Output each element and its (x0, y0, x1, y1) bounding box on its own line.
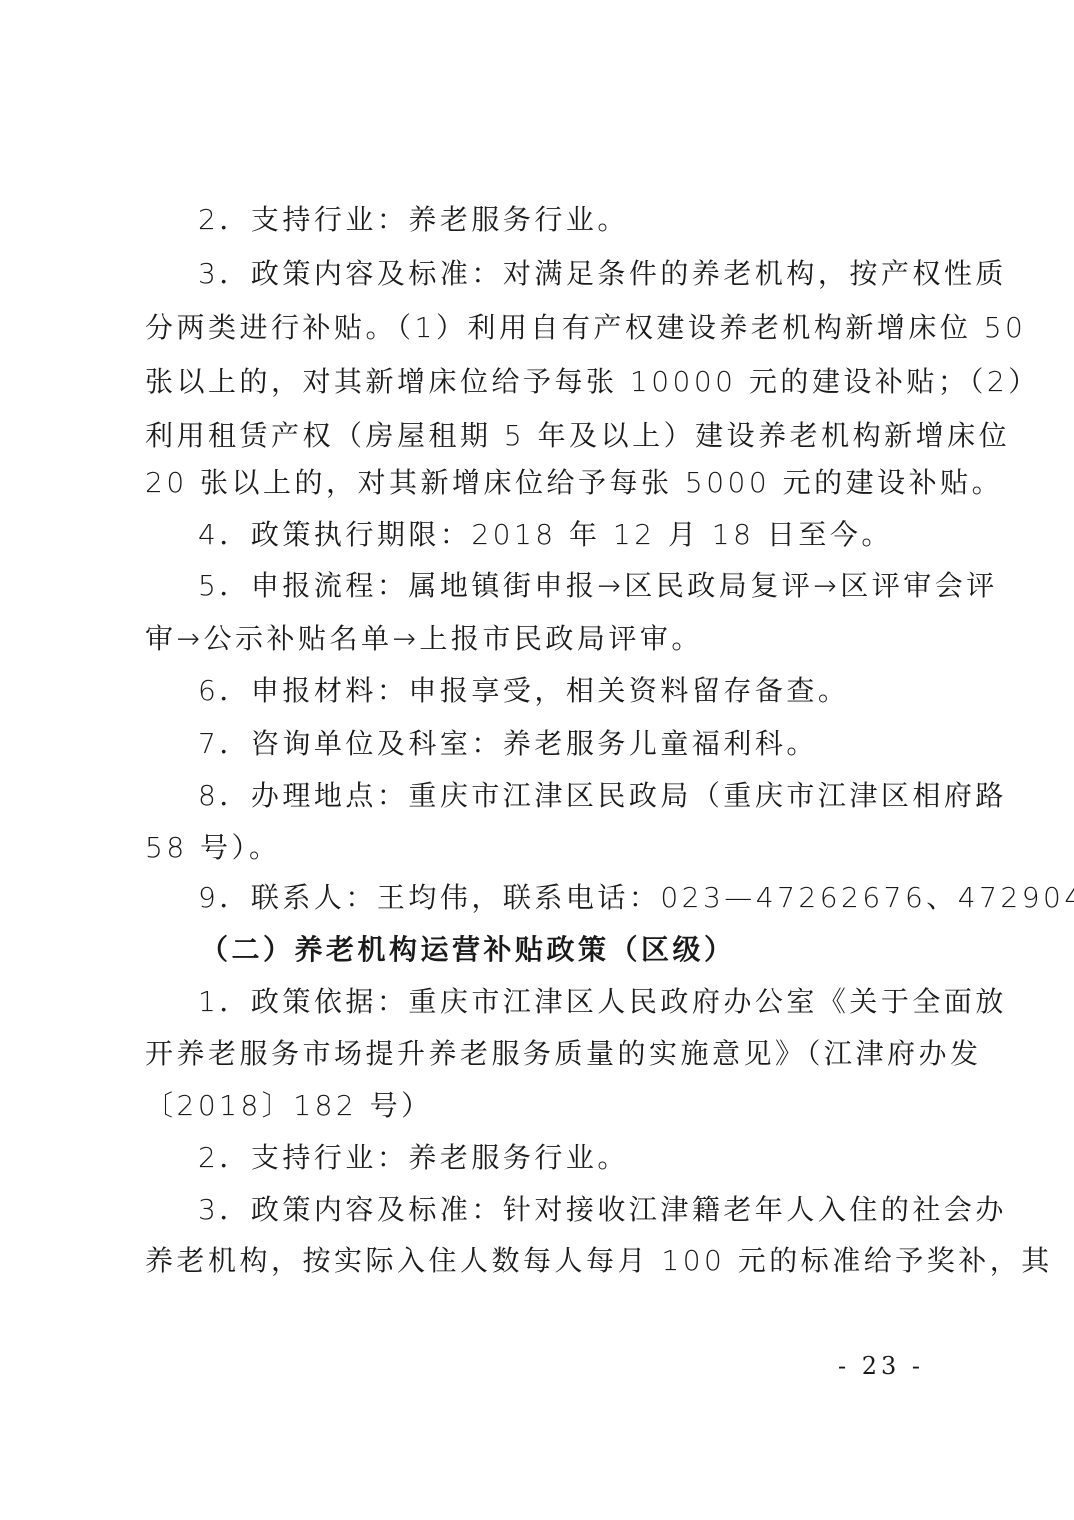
paragraph-line: 审→公示补贴名单→上报市民政局评审。 (145, 621, 703, 657)
contact-line: 9．联系人：王均伟，联系电话：023—47262676、47290422。 (198, 880, 1074, 916)
page-number: - 23 - (838, 1352, 924, 1380)
paragraph-line: 5．申报流程：属地镇街申报→区民政局复评→区评审会评 (198, 568, 998, 604)
paragraph-line: 4．政策执行期限：2018 年 12 月 18 日至今。 (198, 517, 893, 553)
paragraph-line: 58 号）。 (145, 830, 281, 866)
paragraph-line: 3．政策内容及标准：针对接收江津籍老年人入住的社会办 (198, 1192, 1007, 1228)
paragraph-line: 养老机构，按实际入住人数每人每月 100 元的标准给予奖补，其 (145, 1243, 1053, 1279)
paragraph-line: 3．政策内容及标准：对满足条件的养老机构，按产权性质 (198, 256, 1007, 292)
section-heading: （二）养老机构运营补贴政策（区级） (200, 932, 736, 968)
paragraph-line: 2．支持行业：养老服务行业。 (198, 202, 629, 238)
paragraph-line: 7．咨询单位及科室：养老服务儿童福利科。 (198, 726, 818, 762)
paragraph-line: 〔2018〕182 号） (145, 1088, 433, 1124)
paragraph-line: 开养老服务市场提升养老服务质量的实施意见》（江津府办发 (145, 1036, 982, 1072)
paragraph-line: 8．办理地点：重庆市江津区民政局（重庆市江津区相府路 (198, 778, 1007, 814)
paragraph-line: 利用租赁产权（房屋租期 5 年及以上）建设养老机构新增床位 (145, 418, 1010, 454)
paragraph-line: 张以上的，对其新增床位给予每张 10000 元的建设补贴；（2） (145, 364, 1040, 400)
paragraph-line: 分两类进行补贴。（1）利用自有产权建设养老机构新增床位 50 (145, 310, 1026, 346)
paragraph-line: 6．申报材料：申报享受，相关资料留存备查。 (198, 673, 849, 709)
paragraph-line: 2．支持行业：养老服务行业。 (198, 1140, 629, 1176)
document-page: 2．支持行业：养老服务行业。 3．政策内容及标准：对满足条件的养老机构，按产权性… (0, 0, 1074, 1520)
paragraph-line: 1．政策依据：重庆市江津区人民政府办公室《关于全面放 (198, 984, 1007, 1020)
paragraph-line: 20 张以上的，对其新增床位给予每张 5000 元的建设补贴。 (145, 465, 1003, 501)
